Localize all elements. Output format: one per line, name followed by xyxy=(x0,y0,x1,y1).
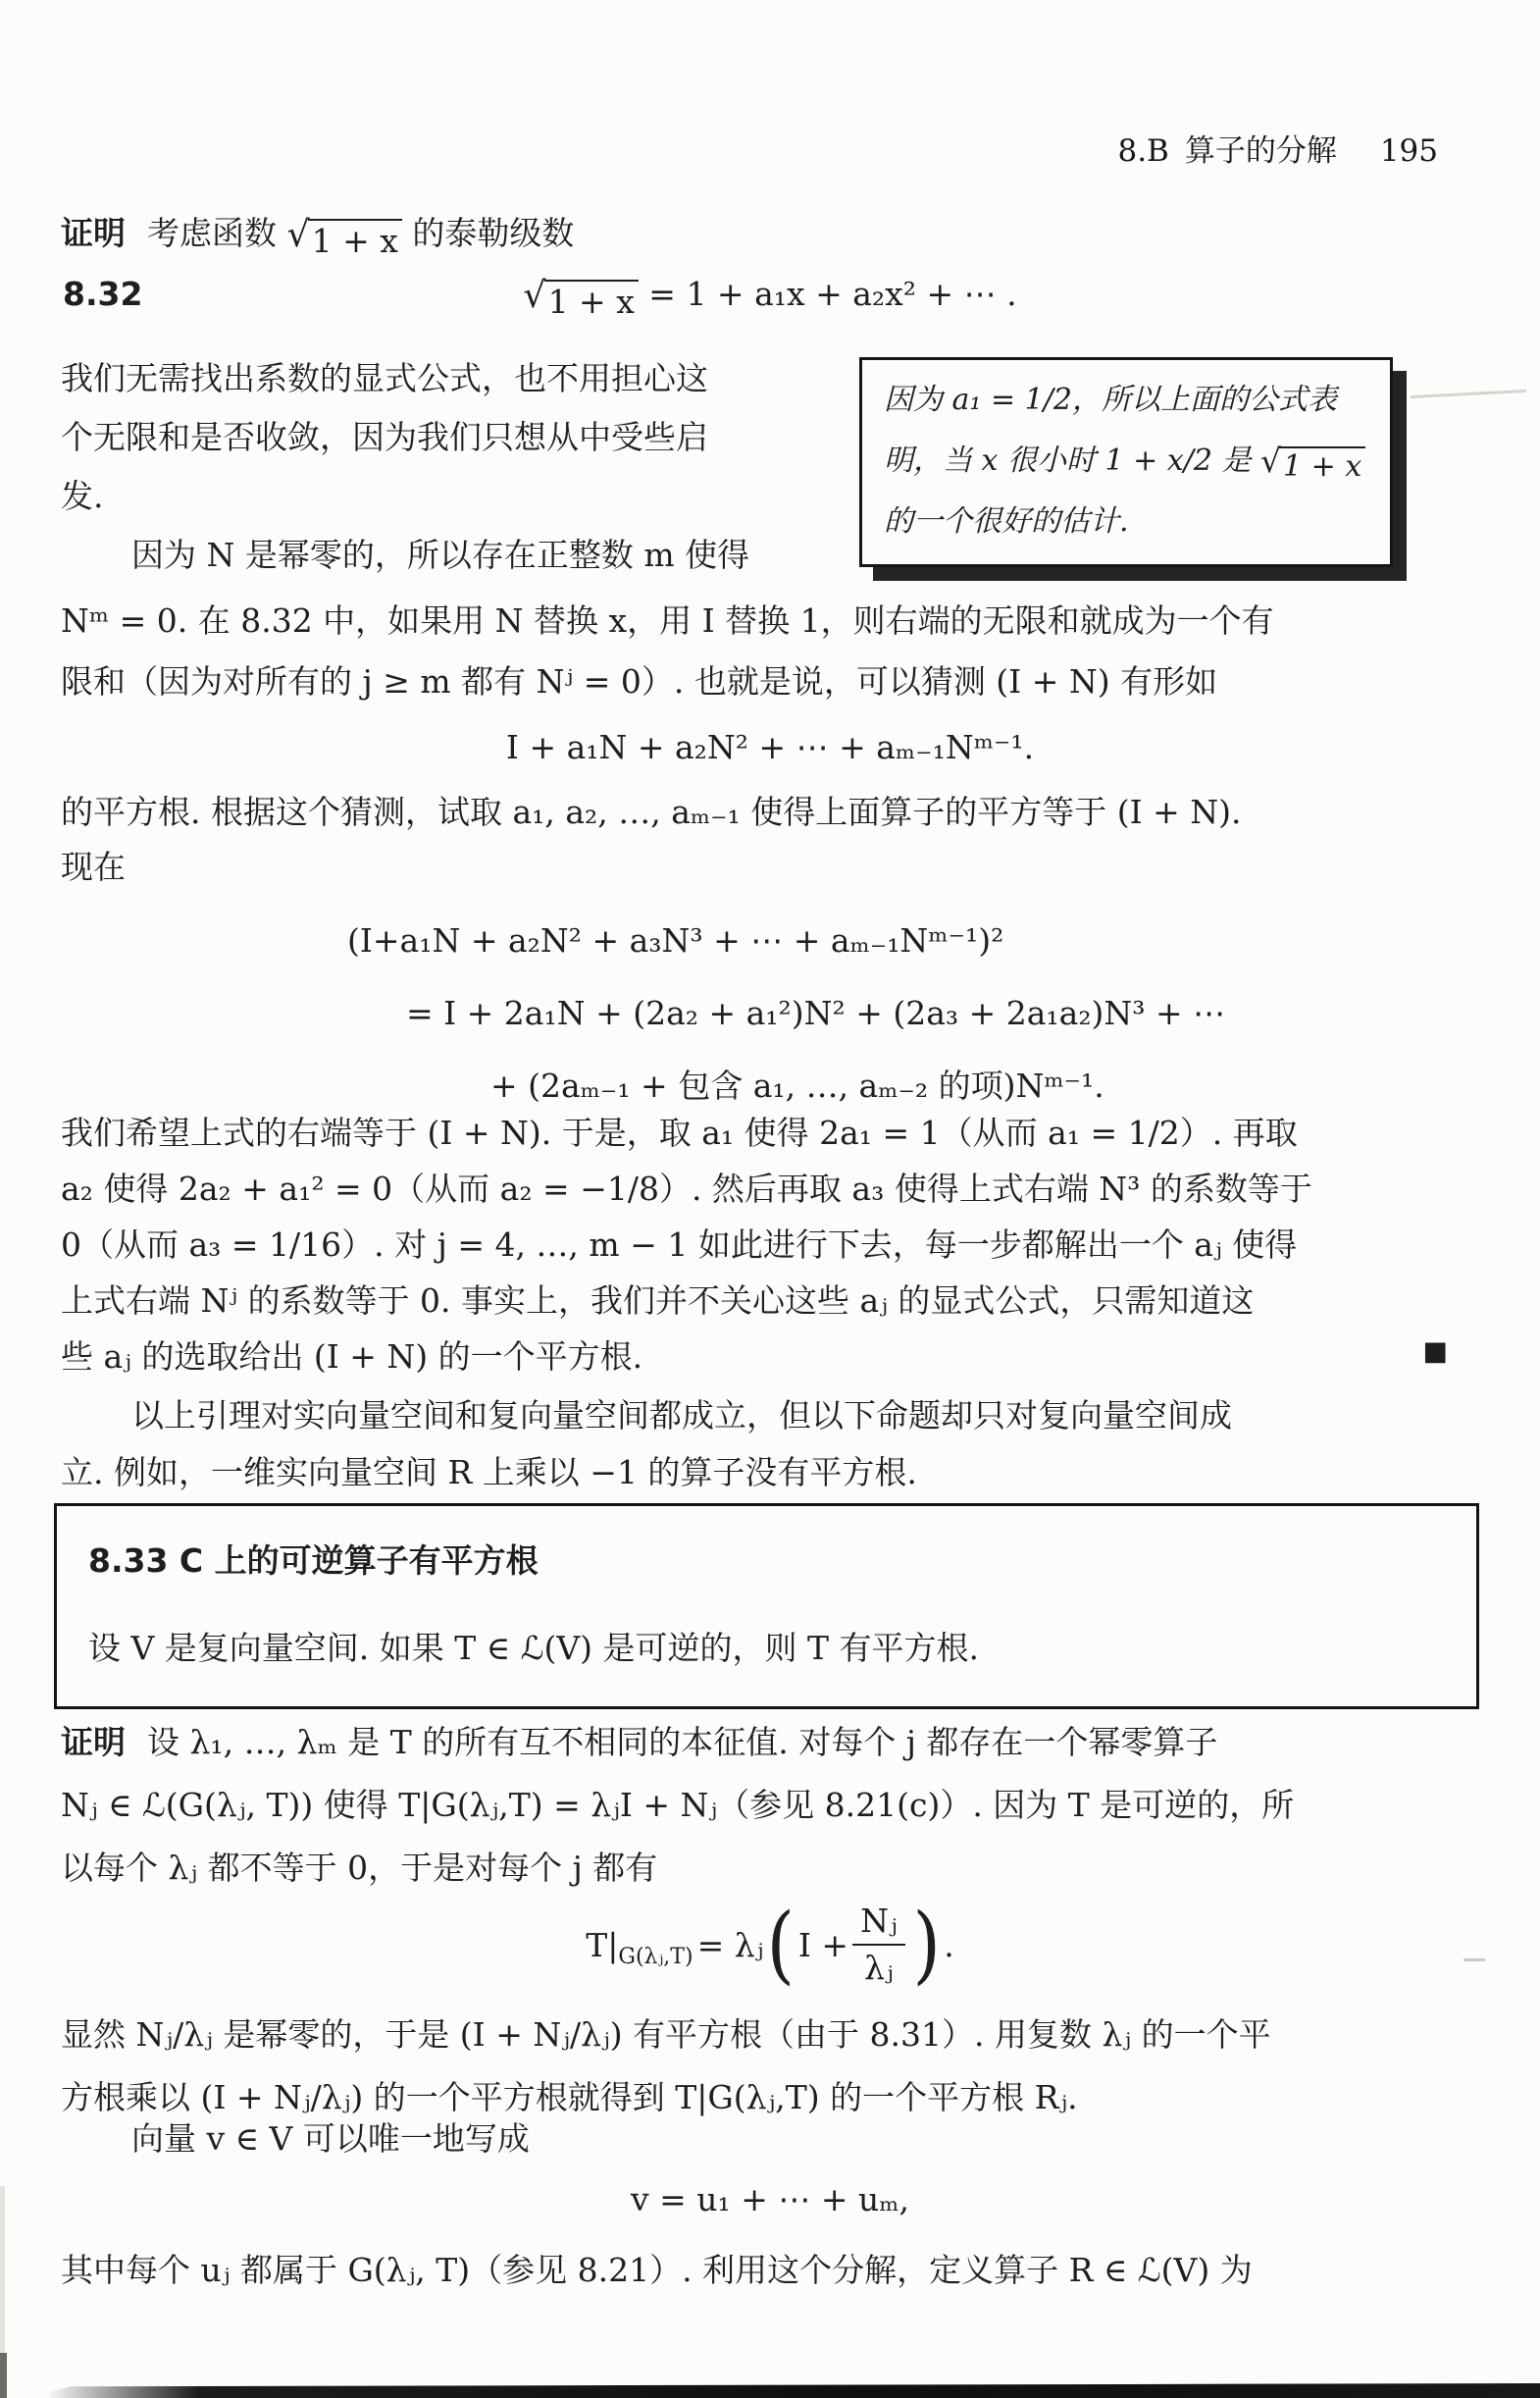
theorem-title: 8.33 C 上的可逆算子有平方根 xyxy=(88,1536,1447,1582)
fraction-denominator: λⱼ xyxy=(852,1946,905,1987)
radical-sign: √ xyxy=(1260,444,1281,483)
text-line: a₂ 使得 2a₂ + a₁² = 0（从而 a₂ = −1/8）. 然后再取 … xyxy=(61,1161,1499,1217)
display-equation-restriction: T|G(λⱼ,T) = λⱼ(I + Nⱼλⱼ). xyxy=(61,1888,1479,2002)
period: . xyxy=(944,1926,954,1964)
section-title: 算子的分解 xyxy=(1185,133,1337,169)
fraction: Nⱼλⱼ xyxy=(852,1903,905,1987)
paragraph-nilpotent: 因为 N 是幂零的，所以存在正整数 m 使得 xyxy=(61,530,1540,576)
proof-label: 证明 xyxy=(61,1723,126,1761)
note-line: 明，当 x 很小时 1 + x/2 是 √1 + x xyxy=(884,431,1372,492)
text-line: 上式右端 Nʲ 的系数等于 0. 事实上，我们并不关心这些 aⱼ 的显式公式，只… xyxy=(61,1273,1499,1329)
paragraph-coefficients: 我们无需找出系数的显式公式，也不用担心这 个无限和是否收敛，因为我们只想从中受些… xyxy=(61,349,708,526)
radical-sign: √ xyxy=(287,217,310,258)
display-equation-sum: I + a₁N + a₂N² + ⋯ + aₘ₋₁Nᵐ⁻¹. xyxy=(61,728,1479,766)
equation-line: = I + 2a₁N + (2a₂ + a₁²)N² + (2a₃ + 2a₁a… xyxy=(61,977,1499,1050)
open-paren: ( xyxy=(767,1903,796,1987)
text-line: Nⱼ ∈ ℒ(G(λⱼ, T)) 使得 T|G(λⱼ,T) = λⱼI + Nⱼ… xyxy=(61,1774,1499,1837)
proof2-paragraph-1: 证明设 λ₁, …, λₘ 是 T 的所有互不相同的本征值. 对每个 j 都存在… xyxy=(61,1711,1499,1900)
equation-tag: 8.32 xyxy=(63,275,142,313)
page-number: 195 xyxy=(1380,133,1438,169)
note-line: 因为 a₁ = 1/2，所以上面的公式表 xyxy=(884,370,1372,431)
paragraph-square-root: 的平方根. 根据这个猜测，试取 a₁, a₂, …, aₘ₋₁ 使得上面算子的平… xyxy=(61,787,1499,833)
text-line: Nᵐ = 0. 在 8.32 中，如果用 N 替换 x，用 I 替换 1，则右端… xyxy=(61,591,1499,652)
proof-intro-line: 证明考虑函数 √1 + x 的泰勒级数 xyxy=(61,208,574,260)
text-line: 立. 例如，一维实向量空间 R 上乘以 −1 的算子没有平方根. xyxy=(61,1444,1499,1501)
identity-plus: I + xyxy=(798,1926,848,1964)
text-line: 个无限和是否收敛，因为我们只想从中受些启 xyxy=(61,408,708,467)
restriction-subscript: G(λⱼ,T) xyxy=(618,1945,693,1969)
paragraph-now: 现在 xyxy=(61,842,126,888)
theorem-body: 设 V 是复向量空间. 如果 T ∈ ℒ(V) 是可逆的，则 T 有平方根. xyxy=(88,1623,1447,1669)
sqrt-expression: √1 + x xyxy=(287,219,402,260)
scan-artifact-nub xyxy=(0,2353,7,2398)
text-line: 我们希望上式的右端等于 (I + N). 于是，取 a₁ 使得 2a₁ = 1（… xyxy=(61,1105,1499,1161)
display-equation-vector-sum: v = u₁ + ⋯ + uₘ, xyxy=(61,2180,1479,2218)
text-line: 些 aⱼ 的选取给出 (I + N) 的一个平方根. xyxy=(61,1329,1499,1384)
sqrt-expression: √1 + x xyxy=(523,280,638,321)
text-line: 证明设 λ₁, …, λₘ 是 T 的所有互不相同的本征值. 对每个 j 都存在… xyxy=(61,1711,1499,1774)
paragraph-substitution: Nᵐ = 0. 在 8.32 中，如果用 N 替换 x，用 I 替换 1，则右端… xyxy=(61,591,1499,712)
scan-artifact-dash xyxy=(1463,1958,1485,1961)
paragraph-define-operator: 其中每个 uⱼ 都属于 G(λⱼ, T)（参见 8.21）. 利用这个分解，定义… xyxy=(61,2245,1499,2291)
paragraph-vector: 向量 v ∈ V 可以唯一地写成 xyxy=(61,2113,1540,2160)
text-line: 限和（因为对所有的 j ≥ m 都有 Nʲ = 0）. 也就是说，可以猜测 (I… xyxy=(61,652,1499,712)
scan-artifact-line xyxy=(1411,390,1526,398)
fraction-numerator: Nⱼ xyxy=(852,1903,905,1946)
proof-label: 证明 xyxy=(61,214,126,252)
equals-lambda: = λⱼ xyxy=(697,1926,764,1964)
theorem-box-833: 8.33 C 上的可逆算子有平方根 设 V 是复向量空间. 如果 T ∈ ℒ(V… xyxy=(54,1503,1479,1709)
scan-artifact-bottom-shadow xyxy=(49,2383,1540,2398)
text-line: 0（从而 a₃ = 1/16）. 对 j = 4, …, m − 1 如此进行下… xyxy=(61,1217,1499,1273)
intro-text-post: 的泰勒级数 xyxy=(402,214,575,252)
equation-832-row: 8.32 √1 + x = 1 + a₁x + a₂x² + ⋯ . xyxy=(61,275,1479,321)
display-equation-expansion: (I+a₁N + a₂N² + a₃N³ + ⋯ + aₘ₋₁Nᵐ⁻¹)² = … xyxy=(61,905,1499,1122)
qed-square: ■ xyxy=(1422,1336,1448,1367)
sqrt-expression: √1 + x xyxy=(1260,446,1365,485)
page-header: 8.B算子的分解195 xyxy=(1117,126,1438,170)
book-page: 8.B算子的分解195 证明考虑函数 √1 + x 的泰勒级数 8.32 √1 … xyxy=(0,0,1540,2398)
section-number: 8.B xyxy=(1117,133,1168,169)
paragraph-interlude: 以上引理对实向量空间和复向量空间都成立，但以下命题却只对复向量空间成 立. 例如… xyxy=(61,1387,1499,1501)
text-line: 发. xyxy=(61,467,708,526)
intro-text-pre: 考虑函数 xyxy=(147,214,287,252)
close-paren: ) xyxy=(912,1903,941,1987)
proof2-paragraph-2: 显然 Nⱼ/λⱼ 是幂零的，于是 (I + Nⱼ/λⱼ) 有平方根（由于 8.3… xyxy=(61,2004,1499,2129)
text-line: 我们无需找出系数的显式公式，也不用担心这 xyxy=(61,349,708,408)
equation-line: (I+a₁N + a₂N² + a₃N³ + ⋯ + aₘ₋₁Nᵐ⁻¹)² xyxy=(61,905,1499,977)
operator-symbol: T| xyxy=(586,1926,618,1964)
text-line: 显然 Nⱼ/λⱼ 是幂零的，于是 (I + Nⱼ/λⱼ) 有平方根（由于 8.3… xyxy=(61,2004,1499,2066)
equation-832-rhs: = 1 + a₁x + a₂x² + ⋯ . xyxy=(639,275,1017,313)
text-line: 以上引理对实向量空间和复向量空间都成立，但以下命题却只对复向量空间成 xyxy=(61,1387,1499,1444)
radical-sign: √ xyxy=(523,278,545,319)
paragraph-solve-coefficients: 我们希望上式的右端等于 (I + N). 于是，取 a₁ 使得 2a₁ = 1（… xyxy=(61,1105,1499,1384)
